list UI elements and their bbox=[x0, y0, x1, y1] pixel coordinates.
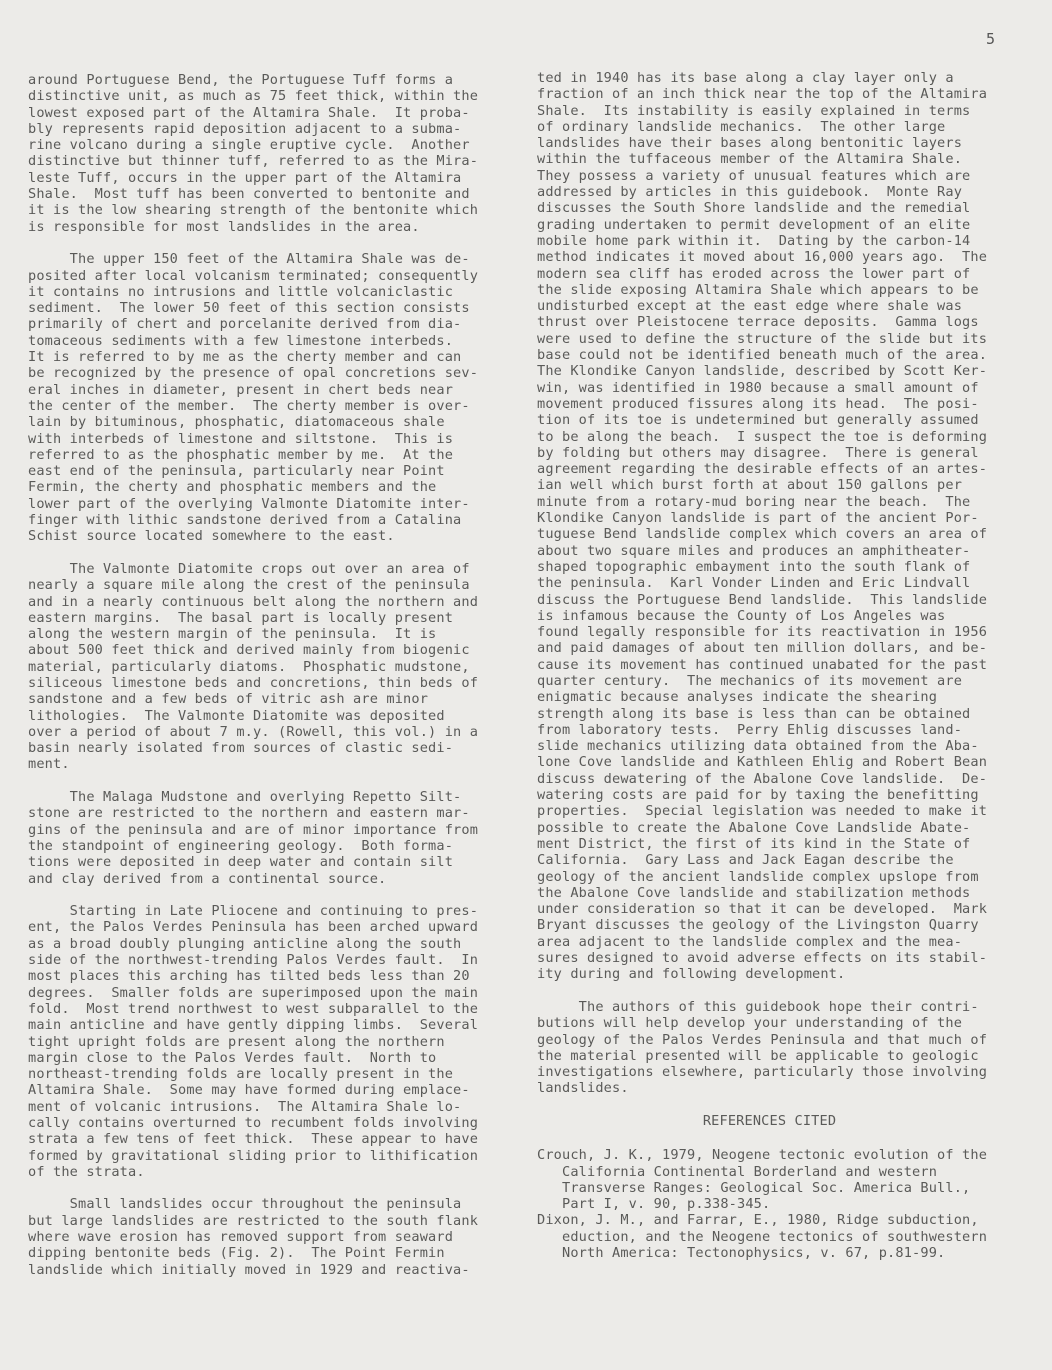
text-line: posited after local volcanism terminated… bbox=[28, 268, 508, 284]
reference-line: eduction, and the Neogene tectonics of s… bbox=[537, 1229, 1022, 1245]
text-line: by folding but others may disagree. Ther… bbox=[537, 445, 1022, 461]
text-line: Klondike Canyon landslide is part of the… bbox=[537, 510, 1022, 526]
text-line: ity during and following development. bbox=[537, 966, 1022, 982]
text-line: Fermin, the cherty and phosphatic member… bbox=[28, 479, 508, 495]
text-line: Schist source located somewhere to the e… bbox=[28, 528, 508, 544]
reference-line: Part I, v. 90, p.338-345. bbox=[537, 1196, 1022, 1212]
text-line: landslides. bbox=[537, 1080, 1022, 1096]
text-line: The authors of this guidebook hope their… bbox=[537, 999, 1022, 1015]
text-line: but large landslides are restricted to t… bbox=[28, 1213, 508, 1229]
text-line: about two square miles and produces an a… bbox=[537, 543, 1022, 559]
text-line: agreement regarding the desirable effect… bbox=[537, 461, 1022, 477]
text-line: mobile home park within it. Dating by th… bbox=[537, 233, 1022, 249]
text-line: win, was identified in 1980 because a sm… bbox=[537, 380, 1022, 396]
text-line: method indicates it moved about 16,000 y… bbox=[537, 249, 1022, 265]
text-line: tion of its toe is undetermined but gene… bbox=[537, 412, 1022, 428]
text-line: gins of the peninsula and are of minor i… bbox=[28, 822, 508, 838]
text-line: side of the northwest-trending Palos Ver… bbox=[28, 952, 508, 968]
text-line: butions will help develop your understan… bbox=[537, 1015, 1022, 1031]
text-line: it contains no intrusions and little vol… bbox=[28, 284, 508, 300]
text-line: lowest exposed part of the Altamira Shal… bbox=[28, 105, 508, 121]
reference-entry: Crouch, J. K., 1979, Neogene tectonic ev… bbox=[537, 1147, 1022, 1212]
text-line: bly represents rapid deposition adjacent… bbox=[28, 121, 508, 137]
reference-entry: Dixon, J. M., and Farrar, E., 1980, Ridg… bbox=[537, 1212, 1022, 1261]
text-line: strata a few tens of feet thick. These a… bbox=[28, 1131, 508, 1147]
text-line: of the strata. bbox=[28, 1164, 508, 1180]
text-line: within the tuffaceous member of the Alta… bbox=[537, 151, 1022, 167]
text-line: thrust over Pleistocene terrace deposits… bbox=[537, 314, 1022, 330]
text-line: lone Cove landslide and Kathleen Ehlig a… bbox=[537, 754, 1022, 770]
text-line: shaped topographic embayment into the so… bbox=[537, 559, 1022, 575]
text-line: leste Tuff, occurs in the upper part of … bbox=[28, 170, 508, 186]
text-line: and in a nearly continuous belt along th… bbox=[28, 594, 508, 610]
text-line: along the western margin of the peninsul… bbox=[28, 626, 508, 642]
text-line: around Portuguese Bend, the Portuguese T… bbox=[28, 72, 508, 88]
text-line: The Malaga Mudstone and overlying Repett… bbox=[28, 789, 508, 805]
page-number: 5 bbox=[986, 30, 995, 48]
text-line: as a broad doubly plunging anticline alo… bbox=[28, 936, 508, 952]
text-line: lower part of the overlying Valmonte Dia… bbox=[28, 496, 508, 512]
text-line: and clay derived from a continental sour… bbox=[28, 871, 508, 887]
text-line: ted in 1940 has its base along a clay la… bbox=[537, 70, 1022, 86]
text-line: material, particularly diatoms. Phosphat… bbox=[28, 659, 508, 675]
text-line: Altamira Shale. Some may have formed dur… bbox=[28, 1082, 508, 1098]
text-line: sediment. The lower 50 feet of this sect… bbox=[28, 300, 508, 316]
text-line: be recognized by the presence of opal co… bbox=[28, 365, 508, 381]
text-line: were used to define the structure of the… bbox=[537, 331, 1022, 347]
text-line: sures designed to avoid adverse effects … bbox=[537, 950, 1022, 966]
paragraph: The Valmonte Diatomite crops out over an… bbox=[28, 561, 508, 773]
reference-line: Transverse Ranges: Geological Soc. Ameri… bbox=[537, 1180, 1022, 1196]
text-line: over a period of about 7 m.y. (Rowell, t… bbox=[28, 724, 508, 740]
text-line: fold. Most trend northwest to west subpa… bbox=[28, 1001, 508, 1017]
text-line: discuss dewatering of the Abalone Cove l… bbox=[537, 771, 1022, 787]
text-line: ian well which burst forth at about 150 … bbox=[537, 477, 1022, 493]
text-line: The upper 150 feet of the Altamira Shale… bbox=[28, 251, 508, 267]
text-line: east end of the peninsula, particularly … bbox=[28, 463, 508, 479]
text-line: primarily of chert and porcelanite deriv… bbox=[28, 316, 508, 332]
text-line: minute from a rotary-mud boring near the… bbox=[537, 494, 1022, 510]
text-line: it is the low shearing strength of the b… bbox=[28, 202, 508, 218]
text-line: stone are restricted to the northern and… bbox=[28, 805, 508, 821]
text-line: is infamous because the County of Los An… bbox=[537, 608, 1022, 624]
text-line: rine volcano during a single eruptive cy… bbox=[28, 137, 508, 153]
references-heading: REFERENCES CITED bbox=[537, 1113, 1022, 1129]
text-line: base could not be identified beneath muc… bbox=[537, 347, 1022, 363]
text-line: degrees. Smaller folds are superimposed … bbox=[28, 985, 508, 1001]
text-line: and paid damages of about ten million do… bbox=[537, 640, 1022, 656]
text-line: the standpoint of engineering geology. B… bbox=[28, 838, 508, 854]
text-line: the slide exposing Altamira Shale which … bbox=[537, 282, 1022, 298]
reference-line: Dixon, J. M., and Farrar, E., 1980, Ridg… bbox=[537, 1212, 1022, 1228]
text-line: grading undertaken to permit development… bbox=[537, 217, 1022, 233]
text-line: dipping bentonite beds (Fig. 2). The Poi… bbox=[28, 1245, 508, 1261]
text-line: cause its movement has continued unabate… bbox=[537, 657, 1022, 673]
text-line: properties. Special legislation was need… bbox=[537, 803, 1022, 819]
text-line: ment. bbox=[28, 756, 508, 772]
text-line: about 500 feet thick and derived mainly … bbox=[28, 642, 508, 658]
text-line: main anticline and have gently dipping l… bbox=[28, 1017, 508, 1033]
reference-line: Crouch, J. K., 1979, Neogene tectonic ev… bbox=[537, 1147, 1022, 1163]
text-line: referred to as the phosphatic member by … bbox=[28, 447, 508, 463]
text-line: quarter century. The mechanics of its mo… bbox=[537, 673, 1022, 689]
left-column: around Portuguese Bend, the Portuguese T… bbox=[28, 72, 508, 1294]
text-line: lithologies. The Valmonte Diatomite was … bbox=[28, 708, 508, 724]
text-line: The Valmonte Diatomite crops out over an… bbox=[28, 561, 508, 577]
text-line: watering costs are paid for by taxing th… bbox=[537, 787, 1022, 803]
text-line: Starting in Late Pliocene and continuing… bbox=[28, 903, 508, 919]
text-line: distinctive unit, as much as 75 feet thi… bbox=[28, 88, 508, 104]
text-line: margin close to the Palos Verdes fault. … bbox=[28, 1050, 508, 1066]
text-line: lain by bituminous, phosphatic, diatomac… bbox=[28, 414, 508, 430]
text-line: the Abalone Cove landslide and stabiliza… bbox=[537, 885, 1022, 901]
text-line: It is referred to by me as the cherty me… bbox=[28, 349, 508, 365]
paragraph: The Malaga Mudstone and overlying Repett… bbox=[28, 789, 508, 887]
text-line: where wave erosion has removed support f… bbox=[28, 1229, 508, 1245]
text-line: ment of volcanic intrusions. The Altamir… bbox=[28, 1099, 508, 1115]
text-line: tight upright folds are present along th… bbox=[28, 1034, 508, 1050]
text-line: the material presented will be applicabl… bbox=[537, 1048, 1022, 1064]
text-line: They possess a variety of unusual featur… bbox=[537, 168, 1022, 184]
text-line: possible to create the Abalone Cove Land… bbox=[537, 820, 1022, 836]
text-line: investigations elsewhere, particularly t… bbox=[537, 1064, 1022, 1080]
text-line: tions were deposited in deep water and c… bbox=[28, 854, 508, 870]
text-line: northeast-trending folds are locally pre… bbox=[28, 1066, 508, 1082]
text-line: under consideration so that it can be de… bbox=[537, 901, 1022, 917]
text-line: ment District, the first of its kind in … bbox=[537, 836, 1022, 852]
paragraph: around Portuguese Bend, the Portuguese T… bbox=[28, 72, 508, 235]
text-line: most places this arching has tilted beds… bbox=[28, 968, 508, 984]
text-line: Shale. Most tuff has been converted to b… bbox=[28, 186, 508, 202]
text-line: landslides have their bases along benton… bbox=[537, 135, 1022, 151]
reference-line: North America: Tectonophysics, v. 67, p.… bbox=[537, 1245, 1022, 1261]
text-line: movement produced fissures along its hea… bbox=[537, 396, 1022, 412]
text-line: discusses the South Shore landslide and … bbox=[537, 200, 1022, 216]
text-line: cally contains overturned to recumbent f… bbox=[28, 1115, 508, 1131]
text-line: fraction of an inch thick near the top o… bbox=[537, 86, 1022, 102]
text-line: ent, the Palos Verdes Peninsula has been… bbox=[28, 919, 508, 935]
text-line: slide mechanics utilizing data obtained … bbox=[537, 738, 1022, 754]
text-line: finger with lithic sandstone derived fro… bbox=[28, 512, 508, 528]
text-line: Shale. Its instability is easily explain… bbox=[537, 103, 1022, 119]
text-line: landslide which initially moved in 1929 … bbox=[28, 1262, 508, 1278]
text-line: geology of the ancient landslide complex… bbox=[537, 869, 1022, 885]
text-line: from laboratory tests. Perry Ehlig discu… bbox=[537, 722, 1022, 738]
text-line: found legally responsible for its reacti… bbox=[537, 624, 1022, 640]
text-line: to be along the beach. I suspect the toe… bbox=[537, 429, 1022, 445]
text-line: the center of the member. The cherty mem… bbox=[28, 398, 508, 414]
text-line: Bryant discusses the geology of the Livi… bbox=[537, 917, 1022, 933]
reference-list: Crouch, J. K., 1979, Neogene tectonic ev… bbox=[537, 1147, 1022, 1261]
text-line: the peninsula. Karl Vonder Linden and Er… bbox=[537, 575, 1022, 591]
paragraph: ted in 1940 has its base along a clay la… bbox=[537, 70, 1022, 983]
text-line: addressed by articles in this guidebook.… bbox=[537, 184, 1022, 200]
text-line: eastern margins. The basal part is local… bbox=[28, 610, 508, 626]
text-line: with interbeds of limestone and siltston… bbox=[28, 431, 508, 447]
text-line: Small landslides occur throughout the pe… bbox=[28, 1196, 508, 1212]
text-line: modern sea cliff has eroded across the l… bbox=[537, 266, 1022, 282]
text-line: formed by gravitational sliding prior to… bbox=[28, 1148, 508, 1164]
text-line: eral inches in diameter, present in cher… bbox=[28, 382, 508, 398]
paragraph: The upper 150 feet of the Altamira Shale… bbox=[28, 251, 508, 544]
text-line: enigmatic because analyses indicate the … bbox=[537, 689, 1022, 705]
text-line: is responsible for most landslides in th… bbox=[28, 219, 508, 235]
text-line: strength along its base is less than can… bbox=[537, 706, 1022, 722]
text-line: area adjacent to the landslide complex a… bbox=[537, 934, 1022, 950]
text-line: California. Gary Lass and Jack Eagan des… bbox=[537, 852, 1022, 868]
paragraph: Starting in Late Pliocene and continuing… bbox=[28, 903, 508, 1180]
text-line: nearly a square mile along the crest of … bbox=[28, 577, 508, 593]
text-line: undisturbed except at the east edge wher… bbox=[537, 298, 1022, 314]
text-line: basin nearly isolated from sources of cl… bbox=[28, 740, 508, 756]
paragraph: Small landslides occur throughout the pe… bbox=[28, 1196, 508, 1277]
right-paragraphs: ted in 1940 has its base along a clay la… bbox=[537, 70, 1022, 1097]
reference-line: California Continental Borderland and we… bbox=[537, 1164, 1022, 1180]
text-line: tomaceous sediments with a few limestone… bbox=[28, 333, 508, 349]
text-line: The Klondike Canyon landslide, described… bbox=[537, 363, 1022, 379]
text-line: of ordinary landslide mechanics. The oth… bbox=[537, 119, 1022, 135]
text-line: tuguese Bend landslide complex which cov… bbox=[537, 526, 1022, 542]
text-line: siliceous limestone beds and concretions… bbox=[28, 675, 508, 691]
text-line: distinctive but thinner tuff, referred t… bbox=[28, 153, 508, 169]
text-line: geology of the Palos Verdes Peninsula an… bbox=[537, 1032, 1022, 1048]
text-line: discuss the Portuguese Bend landslide. T… bbox=[537, 592, 1022, 608]
paragraph: The authors of this guidebook hope their… bbox=[537, 999, 1022, 1097]
right-column: ted in 1940 has its base along a clay la… bbox=[537, 70, 1022, 1261]
text-line: sandstone and a few beds of vitric ash a… bbox=[28, 691, 508, 707]
